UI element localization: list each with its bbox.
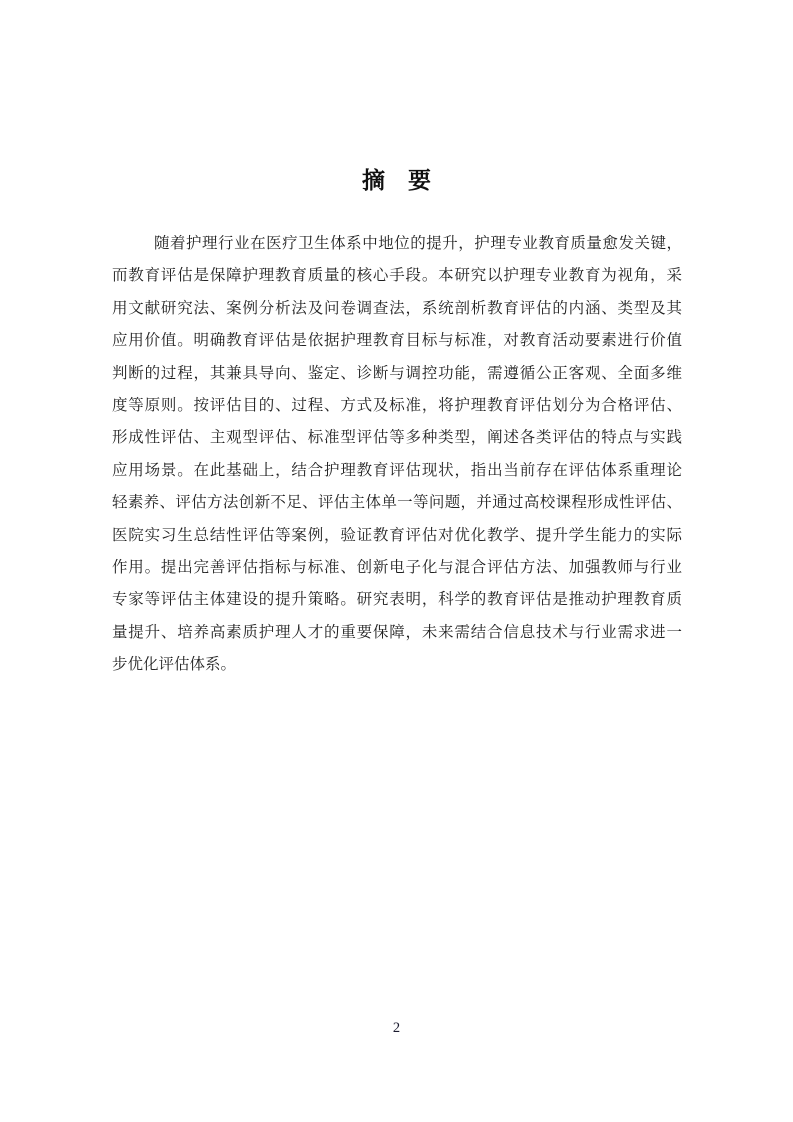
paragraph-line: 作用。提出完善评估指标与标准、创新电子化与混合评估方法、加强教师与行业 xyxy=(112,552,682,584)
document-page: 摘 要 随着护理行业在医疗卫生体系中地位的提升，护理专业教育质量愈发关键， 而教… xyxy=(0,0,793,1122)
abstract-title: 摘 要 xyxy=(0,167,793,194)
paragraph-line: 用文献研究法、案例分析法及问卷调查法，系统剖析教育评估的内涵、类型及其 xyxy=(112,293,682,325)
paragraph-line: 判断的过程，其兼具导向、鉴定、诊断与调控功能，需遵循公正客观、全面多维 xyxy=(112,358,682,390)
paragraph-line: 医院实习生总结性评估等案例，验证教育评估对优化教学、提升学生能力的实际 xyxy=(112,520,682,552)
paragraph-line: 轻素养、评估方法创新不足、评估主体单一等问题，并通过高校课程形成性评估、 xyxy=(112,487,682,519)
paragraph-line: 随着护理行业在医疗卫生体系中地位的提升，护理专业教育质量愈发关键， xyxy=(112,228,682,260)
paragraph-line: 度等原则。按评估目的、过程、方式及标准，将护理教育评估划分为合格评估、 xyxy=(112,390,682,422)
paragraph-line: 专家等评估主体建设的提升策略。研究表明，科学的教育评估是推动护理教育质 xyxy=(112,584,682,616)
paragraph-line: 步优化评估体系。 xyxy=(112,649,682,681)
paragraph-line: 应用价值。明确教育评估是依据护理教育目标与标准，对教育活动要素进行价值 xyxy=(112,325,682,357)
paragraph-line: 量提升、培养高素质护理人才的重要保障，未来需结合信息技术与行业需求进一 xyxy=(112,617,682,649)
paragraph-line: 而教育评估是保障护理教育质量的核心手段。本研究以护理专业教育为视角，采 xyxy=(112,260,682,292)
paragraph-line: 形成性评估、主观型评估、标准型评估等多种类型，阐述各类评估的特点与实践 xyxy=(112,422,682,454)
abstract-paragraph: 随着护理行业在医疗卫生体系中地位的提升，护理专业教育质量愈发关键， 而教育评估是… xyxy=(112,228,682,681)
page-number: 2 xyxy=(0,1019,793,1037)
paragraph-line: 应用场景。在此基础上，结合护理教育评估现状，指出当前存在评估体系重理论 xyxy=(112,455,682,487)
